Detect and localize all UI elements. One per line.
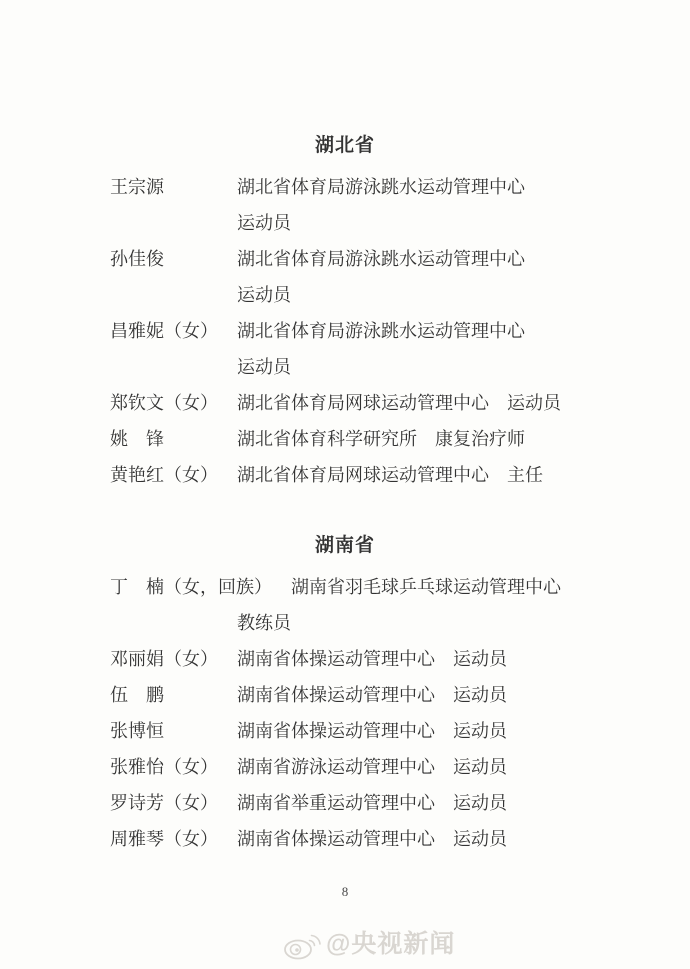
person-organization: 湖南省举重运动管理中心 运动员: [237, 785, 580, 821]
page-number: 8: [0, 882, 690, 902]
person-role: 运动员: [237, 349, 580, 385]
person-name: 周雅琴（女）: [110, 821, 218, 857]
person-organization: 湖北省体育局游泳跳水运动管理中心: [237, 313, 580, 349]
person-organization: 湖南省体操运动管理中心 运动员: [237, 677, 580, 713]
person-role: 运动员: [237, 277, 580, 313]
person-detail: 湖北省体育局游泳跳水运动管理中心 运动员: [237, 313, 580, 385]
person-name: 丁 楠（女，回族）: [110, 569, 272, 605]
person-name: 姚 锋: [110, 421, 164, 457]
person-organization: 湖南省游泳运动管理中心 运动员: [237, 749, 580, 785]
watermark: @央视新闻: [283, 926, 455, 962]
person-entry: 张雅怡（女） 湖南省游泳运动管理中心 运动员: [110, 749, 580, 785]
person-detail: 湖南省体操运动管理中心 运动员: [237, 713, 580, 749]
person-name: 邓丽娟（女）: [110, 641, 218, 677]
person-entry: 周雅琴（女） 湖南省体操运动管理中心 运动员: [110, 821, 580, 857]
person-entry: 孙佳俊 湖北省体育局游泳跳水运动管理中心 运动员: [110, 241, 580, 313]
person-name: 黄艳红（女）: [110, 457, 218, 493]
person-name: 昌雅妮（女）: [110, 313, 218, 349]
person-organization: 湖南省羽毛球乒乓球运动管理中心: [237, 569, 580, 605]
person-organization: 湖北省体育局游泳跳水运动管理中心: [237, 241, 580, 277]
person-detail: 湖北省体育局网球运动管理中心 主任: [237, 457, 580, 493]
section-hubei: 湖北省 王宗源 湖北省体育局游泳跳水运动管理中心 运动员 孙佳俊: [110, 128, 580, 493]
person-name: 伍 鹏: [110, 677, 164, 713]
person-entry: 郑钦文（女） 湖北省体育局网球运动管理中心 运动员: [110, 385, 580, 421]
section-title-hubei: 湖北省: [110, 128, 580, 164]
person-detail: 湖南省体操运动管理中心 运动员: [237, 821, 580, 857]
person-entry: 姚 锋 湖北省体育科学研究所 康复治疗师: [110, 421, 580, 457]
person-detail: 湖北省体育局网球运动管理中心 运动员: [237, 385, 580, 421]
person-entry: 伍 鹏 湖南省体操运动管理中心 运动员: [110, 677, 580, 713]
entry-list-hubei: 王宗源 湖北省体育局游泳跳水运动管理中心 运动员 孙佳俊 湖北省体育局游泳跳水运…: [110, 169, 580, 493]
person-detail: 湖南省体操运动管理中心 运动员: [237, 677, 580, 713]
person-detail: 湖南省羽毛球乒乓球运动管理中心 教练员: [237, 569, 580, 641]
person-organization: 湖北省体育局网球运动管理中心 运动员: [237, 385, 580, 421]
person-detail: 湖南省游泳运动管理中心 运动员: [237, 749, 580, 785]
person-name: 张雅怡（女）: [110, 749, 218, 785]
person-detail: 湖南省举重运动管理中心 运动员: [237, 785, 580, 821]
person-role: 运动员: [237, 205, 580, 241]
person-entry: 邓丽娟（女） 湖南省体操运动管理中心 运动员: [110, 641, 580, 677]
section-title-hunan: 湖南省: [110, 528, 580, 564]
document-page: 湖北省 王宗源 湖北省体育局游泳跳水运动管理中心 运动员 孙佳俊: [0, 0, 690, 969]
person-organization: 湖北省体育局游泳跳水运动管理中心: [237, 169, 580, 205]
person-organization: 湖北省体育局网球运动管理中心 主任: [237, 457, 580, 493]
weibo-icon: [283, 927, 321, 961]
person-organization: 湖北省体育科学研究所 康复治疗师: [237, 421, 580, 457]
person-organization: 湖南省体操运动管理中心 运动员: [237, 821, 580, 857]
section-hunan: 湖南省 丁 楠（女，回族） 湖南省羽毛球乒乓球运动管理中心 教练员 邓丽娟（女）: [110, 528, 580, 857]
person-name: 罗诗芳（女）: [110, 785, 218, 821]
document-content: 湖北省 王宗源 湖北省体育局游泳跳水运动管理中心 运动员 孙佳俊: [110, 128, 580, 857]
person-organization: 湖南省体操运动管理中心 运动员: [237, 641, 580, 677]
person-detail: 湖南省体操运动管理中心 运动员: [237, 641, 580, 677]
person-entry: 丁 楠（女，回族） 湖南省羽毛球乒乓球运动管理中心 教练员: [110, 569, 580, 641]
person-entry: 黄艳红（女） 湖北省体育局网球运动管理中心 主任: [110, 457, 580, 493]
person-entry: 罗诗芳（女） 湖南省举重运动管理中心 运动员: [110, 785, 580, 821]
person-name: 王宗源: [110, 169, 164, 205]
person-entry: 张博恒 湖南省体操运动管理中心 运动员: [110, 713, 580, 749]
person-organization: 湖南省体操运动管理中心 运动员: [237, 713, 580, 749]
watermark-text: @央视新闻: [326, 926, 455, 962]
person-name: 孙佳俊: [110, 241, 164, 277]
person-name: 郑钦文（女）: [110, 385, 218, 421]
person-detail: 湖北省体育科学研究所 康复治疗师: [237, 421, 580, 457]
person-detail: 湖北省体育局游泳跳水运动管理中心 运动员: [237, 241, 580, 313]
person-entry: 昌雅妮（女） 湖北省体育局游泳跳水运动管理中心 运动员: [110, 313, 580, 385]
person-detail: 湖北省体育局游泳跳水运动管理中心 运动员: [237, 169, 580, 241]
person-role: 教练员: [237, 605, 580, 641]
entry-list-hunan: 丁 楠（女，回族） 湖南省羽毛球乒乓球运动管理中心 教练员 邓丽娟（女） 湖南省…: [110, 569, 580, 857]
person-name: 张博恒: [110, 713, 164, 749]
person-entry: 王宗源 湖北省体育局游泳跳水运动管理中心 运动员: [110, 169, 580, 241]
